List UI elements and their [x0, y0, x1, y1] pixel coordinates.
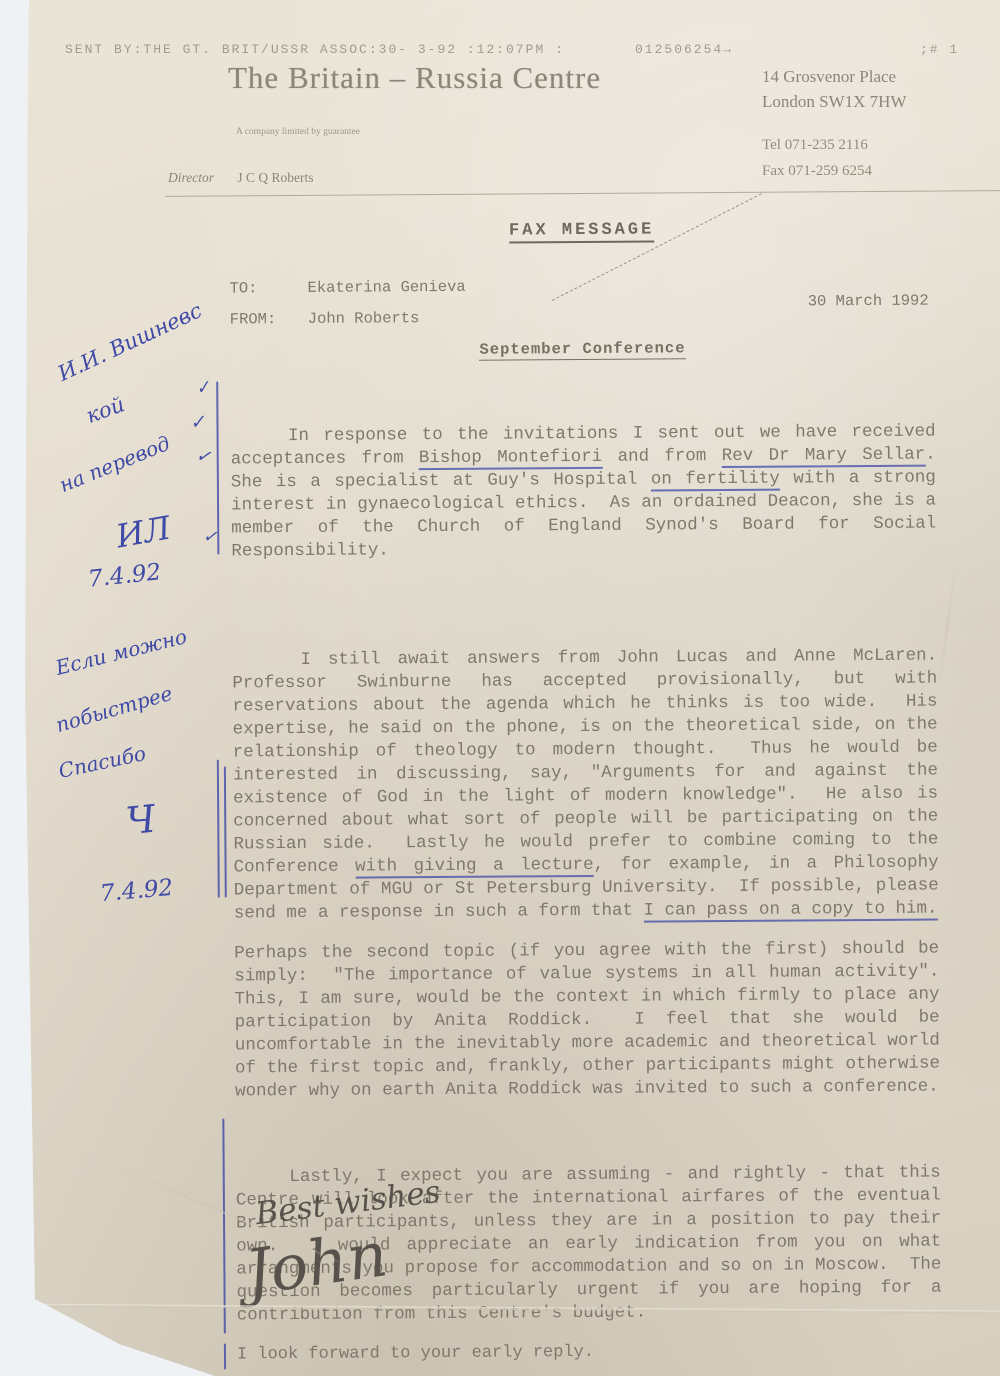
letterhead-director-line: Director J C Q Roberts [168, 170, 314, 186]
check-mark-icon: ✓ [189, 411, 207, 434]
annotation-note-quickly: побыстрее [53, 681, 175, 737]
scanned-fax-page: SENT BY:THE GT. BRIT/USSR ASSOC:30- 3-92… [0, 0, 1000, 1376]
letter-date: 30 March 1992 [808, 292, 929, 311]
margin-ink-line [222, 1119, 226, 1334]
director-name: J C Q Roberts [237, 170, 313, 185]
fax-message-title: FAX MESSAGE [509, 221, 654, 244]
fax-transmission-number: 012506254→ [635, 42, 733, 57]
to-from-block: TO:Ekaterina Genieva FROM:John Roberts 3… [229, 275, 934, 329]
fax-page-number: ;# 1 [920, 42, 959, 57]
from-value: John Roberts [308, 309, 420, 328]
to-label: TO: [229, 279, 307, 298]
letterhead-address-line1: 14 Grosvenor Place [762, 64, 906, 89]
margin-ink-line [224, 1344, 226, 1370]
letterhead-address: 14 Grosvenor Place London SW1X 7HW [762, 64, 906, 114]
annotation-recipient-line2: кой [83, 392, 128, 428]
annotation-date-2: 7.4.92 [99, 875, 174, 907]
annotation-note-translate: на перевод [56, 431, 174, 497]
letterhead-address-line2: London SW1X 7HW [762, 89, 906, 114]
annotation-date-1: 7.4.92 [87, 559, 162, 593]
annotation-recipient-line1: И.И. Вишневс [54, 298, 205, 386]
to-value: Ekaterina Genieva [307, 278, 465, 297]
check-mark-icon: ✓ [194, 445, 213, 468]
letterhead-telephone: Tel 071-235 2116 [762, 137, 868, 154]
annotation-monogram-1: ИЛ [113, 509, 173, 556]
closing-text: I look forward to your early reply. [237, 1343, 594, 1364]
margin-ink-line [217, 760, 220, 898]
check-mark-icon: ✓ [202, 526, 218, 547]
paragraph-3: Perhaps the second topic (if you agree w… [234, 938, 940, 1104]
closing-line: I look forward to your early reply. [237, 1341, 942, 1365]
paragraph-2: I still await answers from John Lucas an… [232, 576, 939, 926]
check-mark-icon: ✓ [194, 377, 213, 400]
director-label: Director [168, 170, 214, 185]
fax-title-row: FAX MESSAGE [229, 219, 934, 246]
annotation-monogram-2: Ч [124, 797, 158, 844]
annotation-note-thanks: Спасибо [56, 741, 147, 783]
subject-row: September Conference [230, 338, 935, 363]
paragraph-1: In response to the invitations I sent ou… [230, 375, 936, 564]
signature-block: Best wishes John [255, 1185, 441, 1296]
from-label: FROM: [230, 310, 308, 329]
letterhead-company-note: A company limited by guarantee [236, 127, 360, 137]
margin-ink-line [224, 767, 227, 898]
annotation-note-if-possible: Если можно [53, 624, 189, 680]
letterhead-fax: Fax 071-259 6254 [762, 163, 872, 180]
letterhead-rule [165, 190, 1000, 197]
subject-title: September Conference [479, 339, 685, 360]
letterhead-organisation-name: The Britain – Russia Centre [228, 60, 601, 96]
fax-transmission-header: SENT BY:THE GT. BRIT/USSR ASSOC:30- 3-92… [65, 42, 565, 57]
